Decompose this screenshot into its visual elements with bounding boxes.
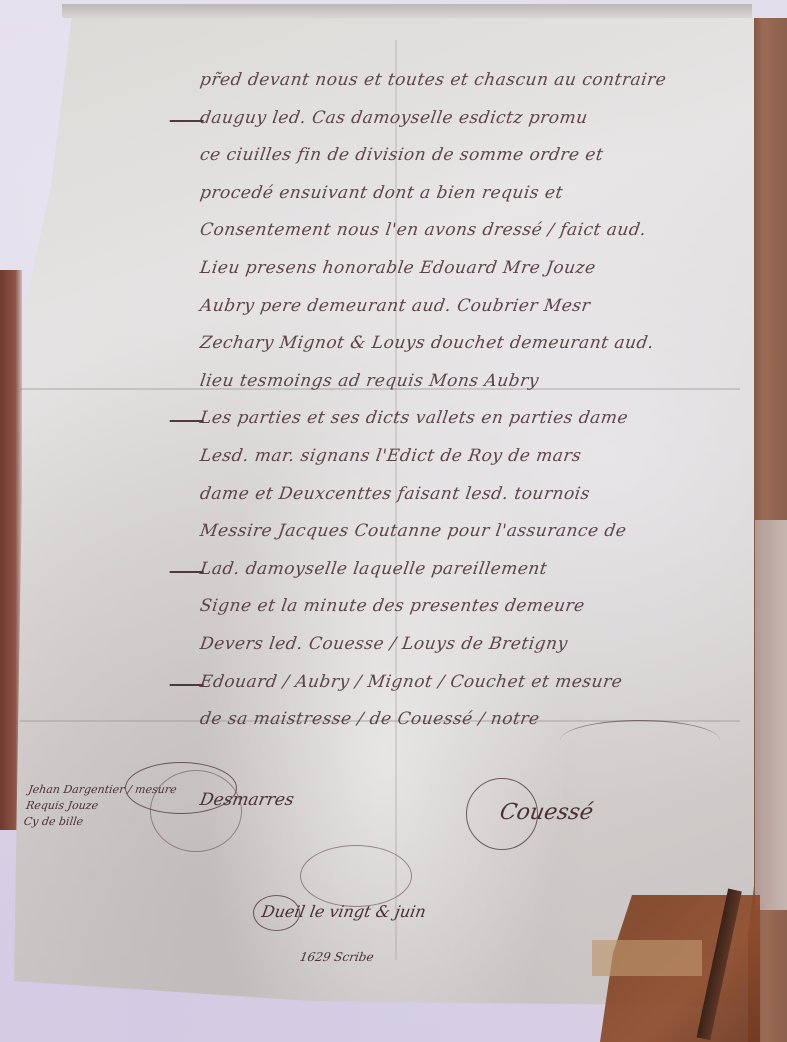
text-line: lieu tesmoings ad requis Mons Aubry bbox=[197, 363, 762, 401]
text-line: Zechary Mignot & Louys douchet demeurant… bbox=[197, 325, 762, 363]
text-line: Devers led. Couesse / Louys de Bretigny bbox=[197, 626, 762, 664]
text-line: Signe et la minute des presentes demeure bbox=[197, 588, 762, 626]
text-line: Edouard / Aubry / Mignot / Couchet et me… bbox=[197, 664, 762, 702]
text-line: Lad. damoyselle laquelle pareillement bbox=[197, 551, 762, 589]
text-line: Lieu presens honorable Edouard Mre Jouze bbox=[197, 250, 762, 288]
text-line: Lesd. mar. signans l'Edict de Roy de mar… bbox=[197, 438, 762, 476]
text-line: ce ciuilles fin de division de somme ord… bbox=[197, 137, 762, 175]
text-line: Consentement nous l'en avons dressé / fa… bbox=[197, 212, 762, 250]
signature-flourish bbox=[300, 845, 412, 907]
text-line: dauguy led. Cas damoyselle esdictz promu bbox=[197, 100, 762, 138]
sheet-top-edge bbox=[62, 4, 752, 18]
signature-left: Desmarres bbox=[198, 790, 295, 810]
text-line: Messire Jacques Coutanne pour l'assuranc… bbox=[197, 513, 762, 551]
text-line: procedé ensuivant dont a bien requis et bbox=[197, 175, 762, 213]
signature-right: Couessé bbox=[498, 800, 595, 825]
signature-paraph bbox=[560, 720, 720, 761]
text-line: Aubry pere demeurant aud. Coubrier Mesr bbox=[197, 288, 762, 326]
signature-flourish bbox=[150, 770, 242, 852]
adhesive-tape bbox=[592, 940, 702, 976]
text-line: Les parties et ses dicts vallets en part… bbox=[197, 400, 762, 438]
date-line: Dueil le vingt & juin bbox=[260, 902, 427, 921]
text-line: dame et Deuxcenttes faisant lesd. tourno… bbox=[197, 476, 762, 514]
text-line: pr̃ed devant nous et toutes et chascun a… bbox=[197, 62, 762, 100]
year-line: 1629 Scribe bbox=[299, 950, 375, 964]
manuscript-body: pr̃ed devant nous et toutes et chascun a… bbox=[200, 62, 760, 739]
